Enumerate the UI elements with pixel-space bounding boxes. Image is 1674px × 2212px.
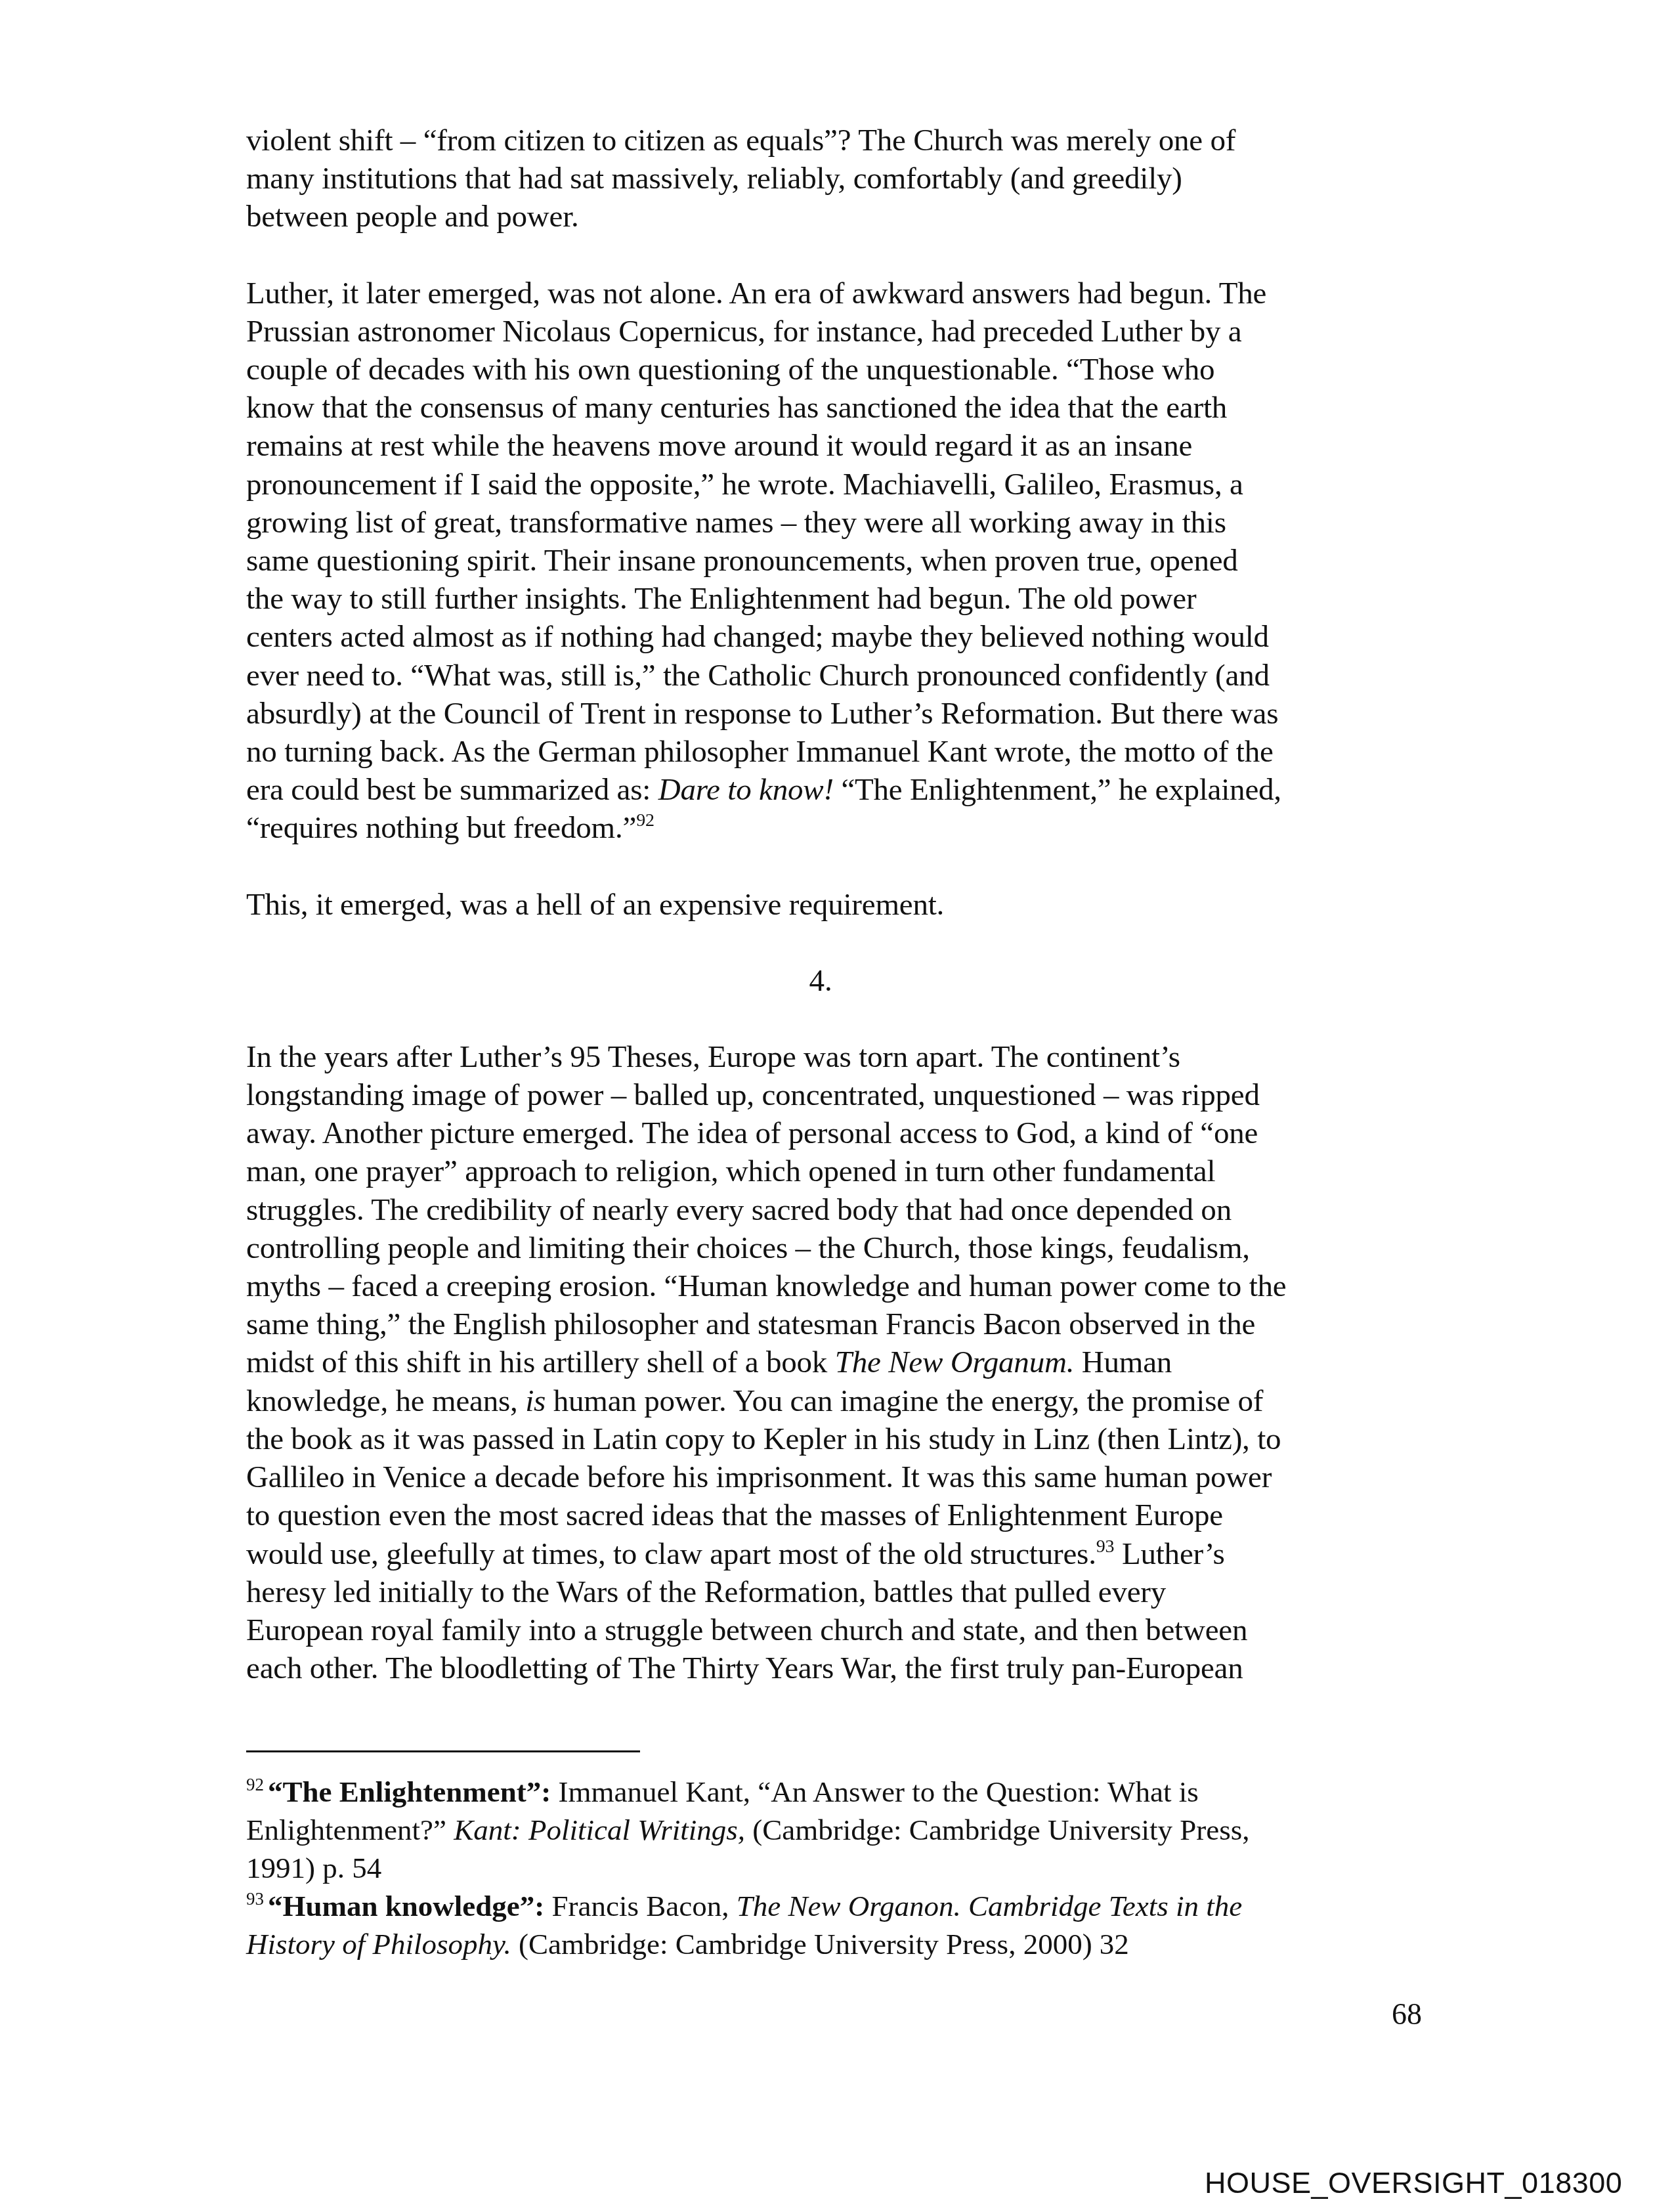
text-line: couple of decades with his own questioni… [246,351,1428,389]
text-line: In the years after Luther’s 95 Theses, E… [246,1038,1428,1076]
text-line: This, it emerged, was a hell of an expen… [246,886,1428,924]
footnote-ref-93[interactable]: 93 [1096,1536,1115,1557]
text-run: (Cambridge: Cambridge University Press, [745,1813,1250,1846]
text-line: myths – faced a creeping erosion. “Human… [246,1267,1428,1305]
text-line: many institutions that had sat massively… [246,160,1428,198]
italic-text: Dare to know! [658,773,834,807]
paragraph: violent shift – “from citizen to citizen… [246,121,1428,236]
text-line: controlling people and limiting their ch… [246,1229,1428,1267]
text-line: European royal family into a struggle be… [246,1611,1428,1649]
text-line: away. Another picture emerged. The idea … [246,1114,1428,1152]
text-line: era could best be summarized as: Dare to… [246,771,1428,809]
text-line: violent shift – “from citizen to citizen… [246,121,1428,160]
text-run: Enlightenment?” [246,1813,454,1846]
footnote-separator [246,1750,640,1752]
text-line: Luther, it later emerged, was not alone.… [246,274,1428,313]
text-run: Immanuel Kant, “An Answer to the Questio… [551,1775,1198,1808]
text-line: know that the consensus of many centurie… [246,389,1428,427]
paragraph: This, it emerged, was a hell of an expen… [246,886,1428,924]
text-line: between people and power. [246,198,1428,236]
text-line: remains at rest while the heavens move a… [246,427,1428,465]
text-run: human power. You can imagine the energy,… [546,1384,1263,1418]
text-line: would use, gleefully at times, to claw a… [246,1535,1428,1573]
page-number: 68 [1392,1996,1422,2033]
footnote-label: “The Enlightenment”: [268,1775,551,1808]
footnote-93: 93“Human knowledge”: Francis Bacon, The … [246,1887,1428,1963]
italic-text: The New Organon. Cambridge Texts in the [737,1890,1242,1922]
paragraph: In the years after Luther’s 95 Theses, E… [246,1038,1428,1687]
text-line: History of Philosophy. (Cambridge: Cambr… [246,1925,1428,1963]
text-line: midst of this shift in his artillery she… [246,1343,1428,1381]
text-line: 92“The Enlightenment”: Immanuel Kant, “A… [246,1773,1428,1811]
text-run: would use, gleefully at times, to claw a… [246,1537,1096,1571]
italic-text: The New Organum. [835,1345,1075,1379]
italic-text: History of Philosophy. [246,1928,511,1961]
document-body: violent shift – “from citizen to citizen… [246,121,1428,1687]
text-run: Francis Bacon, [544,1890,736,1922]
text-line: Gallileo in Venice a decade before his i… [246,1458,1428,1496]
italic-text: Kant: Political Writings, [454,1813,745,1846]
footnote-ref-92[interactable]: 92 [636,810,655,831]
text-line: “requires nothing but freedom.”92 [246,809,1428,847]
text-run: era could best be summarized as: [246,773,658,807]
text-run: Luther’s [1114,1537,1224,1571]
text-run: (Cambridge: Cambridge University Press, … [511,1928,1129,1961]
footnote-label: “Human knowledge”: [268,1890,544,1922]
text-line: 1991) p. 54 [246,1849,1428,1887]
text-line: ever need to. “What was, still is,” the … [246,657,1428,695]
text-line: no turning back. As the German philosoph… [246,733,1428,771]
text-run: knowledge, he means, [246,1384,525,1418]
text-line: Enlightenment?” Kant: Political Writings… [246,1811,1428,1849]
text-run: “requires nothing but freedom.” [246,811,636,845]
italic-text: is [525,1384,546,1418]
text-line: to question even the most sacred ideas t… [246,1496,1428,1534]
text-line: absurdly) at the Council of Trent in res… [246,695,1428,733]
text-line: centers acted almost as if nothing had c… [246,618,1428,656]
text-run: Human [1074,1345,1172,1379]
footnote-number: 93 [246,1889,264,1909]
text-line: longstanding image of power – balled up,… [246,1076,1428,1114]
text-line: 93“Human knowledge”: Francis Bacon, The … [246,1887,1428,1925]
footnote-92: 92“The Enlightenment”: Immanuel Kant, “A… [246,1773,1428,1887]
text-line: pronouncement if I said the opposite,” h… [246,466,1428,504]
text-line: knowledge, he means, is human power. You… [246,1382,1428,1420]
text-run: “The Enlightenment,” he explained, [834,773,1281,807]
text-line: Prussian astronomer Nicolaus Copernicus,… [246,313,1428,351]
text-line: the way to still further insights. The E… [246,580,1428,618]
paragraph: Luther, it later emerged, was not alone.… [246,274,1428,848]
text-line: growing list of great, transformative na… [246,504,1428,542]
text-line: each other. The bloodletting of The Thir… [246,1649,1428,1687]
text-line: man, one prayer” approach to religion, w… [246,1152,1428,1190]
text-line: same questioning spirit. Their insane pr… [246,542,1428,580]
section-number: 4. [246,962,1428,1000]
footnotes: 92“The Enlightenment”: Immanuel Kant, “A… [246,1773,1428,1963]
text-line: struggles. The credibility of nearly eve… [246,1191,1428,1229]
text-line: heresy led initially to the Wars of the … [246,1573,1428,1611]
text-run: midst of this shift in his artillery she… [246,1345,835,1379]
bates-stamp: HOUSE_OVERSIGHT_018300 [1205,2167,1622,2200]
text-line: same thing,” the English philosopher and… [246,1305,1428,1343]
footnote-number: 92 [246,1775,264,1794]
text-line: the book as it was passed in Latin copy … [246,1420,1428,1458]
